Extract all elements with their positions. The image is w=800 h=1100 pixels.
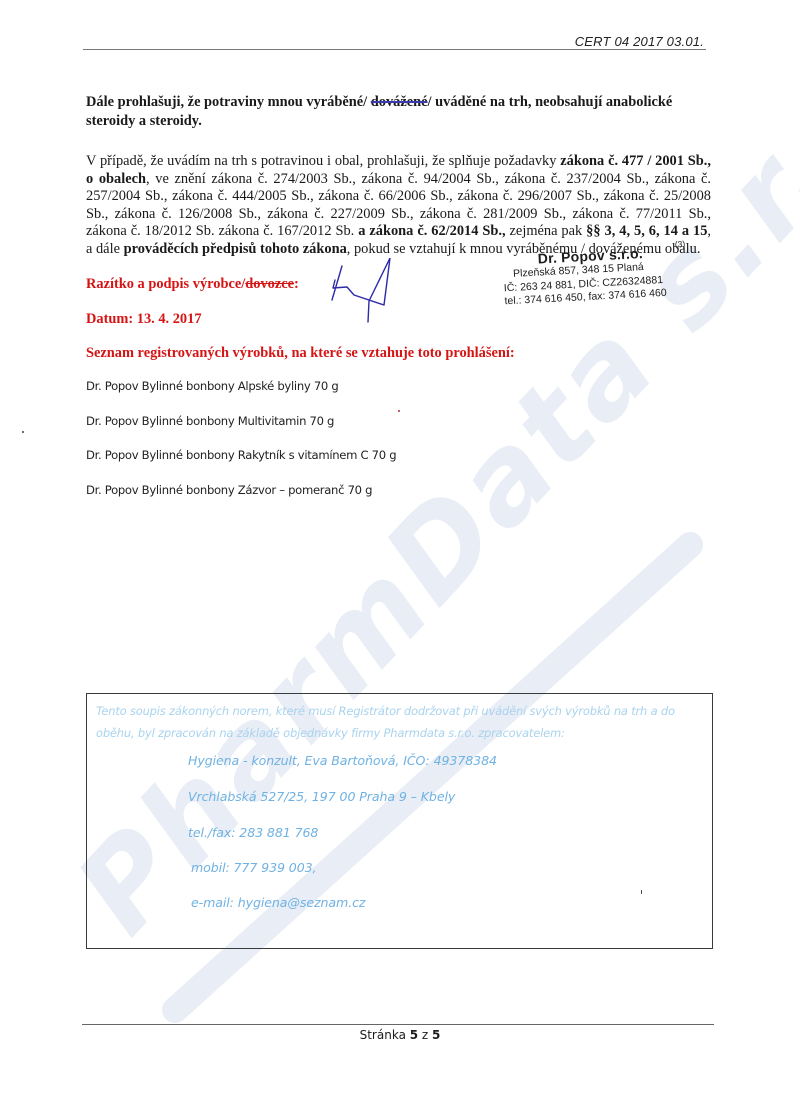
header-divider xyxy=(83,49,706,50)
list-item: Dr. Popov Bylinné bonbony Alpské byliny … xyxy=(86,377,396,412)
processor-phone: tel./fax: 283 881 768 xyxy=(188,825,318,840)
declaration-lead: Dále prohlašuji, že potraviny mnou vyráb… xyxy=(86,94,371,110)
list-item: Dr. Popov Bylinné bonbony Rakytník s vit… xyxy=(86,446,396,481)
packaging-declaration: V případě, že uvádím na trh s potravinou… xyxy=(86,153,711,259)
stamp-superscript: (3) xyxy=(675,239,686,250)
footer-divider xyxy=(82,1024,714,1025)
signature-scribble-icon xyxy=(330,258,410,338)
info-intro: Tento soupis zákonných norem, které musí… xyxy=(96,700,706,744)
processor-mobile: mobil: 777 939 003, xyxy=(191,860,316,875)
packaging-text-1: V případě, že uvádím na trh s potravinou… xyxy=(86,153,560,169)
packaging-regulations: prováděcích předpisů tohoto zákona xyxy=(124,241,347,257)
stamp-signature-label: Razítko a podpis výrobce/dovozce: xyxy=(86,276,299,293)
packaging-sections: §§ 3, 4, 5, 6, 14 a 15 xyxy=(586,223,707,239)
list-item: Dr. Popov Bylinné bonbony Zázvor – pomer… xyxy=(86,481,396,516)
scan-speck xyxy=(398,410,400,412)
document-code: CERT 04 2017 03.01. xyxy=(575,34,704,49)
page-total: 5 xyxy=(432,1028,440,1042)
products-list: Dr. Popov Bylinné bonbony Alpské byliny … xyxy=(86,377,396,515)
stamp-label-struck: dovozce xyxy=(245,276,294,292)
processor-address: Vrchlabská 527/25, 197 00 Praha 9 – Kbel… xyxy=(188,789,455,804)
date-label: Datum: 13. 4. 2017 xyxy=(86,311,202,328)
products-list-title: Seznam registrovaných výrobků, na které … xyxy=(86,345,515,362)
company-stamp: Dr. Popov s.r.o. (3) Plzeňská 857, 348 1… xyxy=(490,241,713,309)
declaration-struck-word: dovážené xyxy=(371,94,428,110)
stamp-label-lead: Razítko a podpis výrobce/ xyxy=(86,276,245,292)
processor-name: Hygiena - konzult, Eva Bartoňová, IČO: 4… xyxy=(188,753,497,768)
page-current: 5 xyxy=(410,1028,418,1042)
page-separator: z xyxy=(418,1028,432,1042)
processor-info-box: Tento soupis zákonných norem, které musí… xyxy=(86,693,713,949)
steroids-declaration: Dále prohlašuji, že potraviny mnou vyráb… xyxy=(86,93,711,131)
scan-speck xyxy=(22,431,24,433)
page-indicator: Stránka 5 z 5 xyxy=(0,1028,800,1042)
page-label: Stránka xyxy=(360,1028,410,1042)
processor-email: e-mail: hygiena@seznam.cz xyxy=(191,895,365,910)
packaging-text-3: zejména pak xyxy=(506,223,587,239)
signature xyxy=(330,258,410,338)
packaging-law-2014: a zákona č. 62/2014 Sb., xyxy=(358,223,505,239)
list-item: Dr. Popov Bylinné bonbony Multivitamin 7… xyxy=(86,412,396,447)
stamp-label-tail: : xyxy=(294,276,299,292)
